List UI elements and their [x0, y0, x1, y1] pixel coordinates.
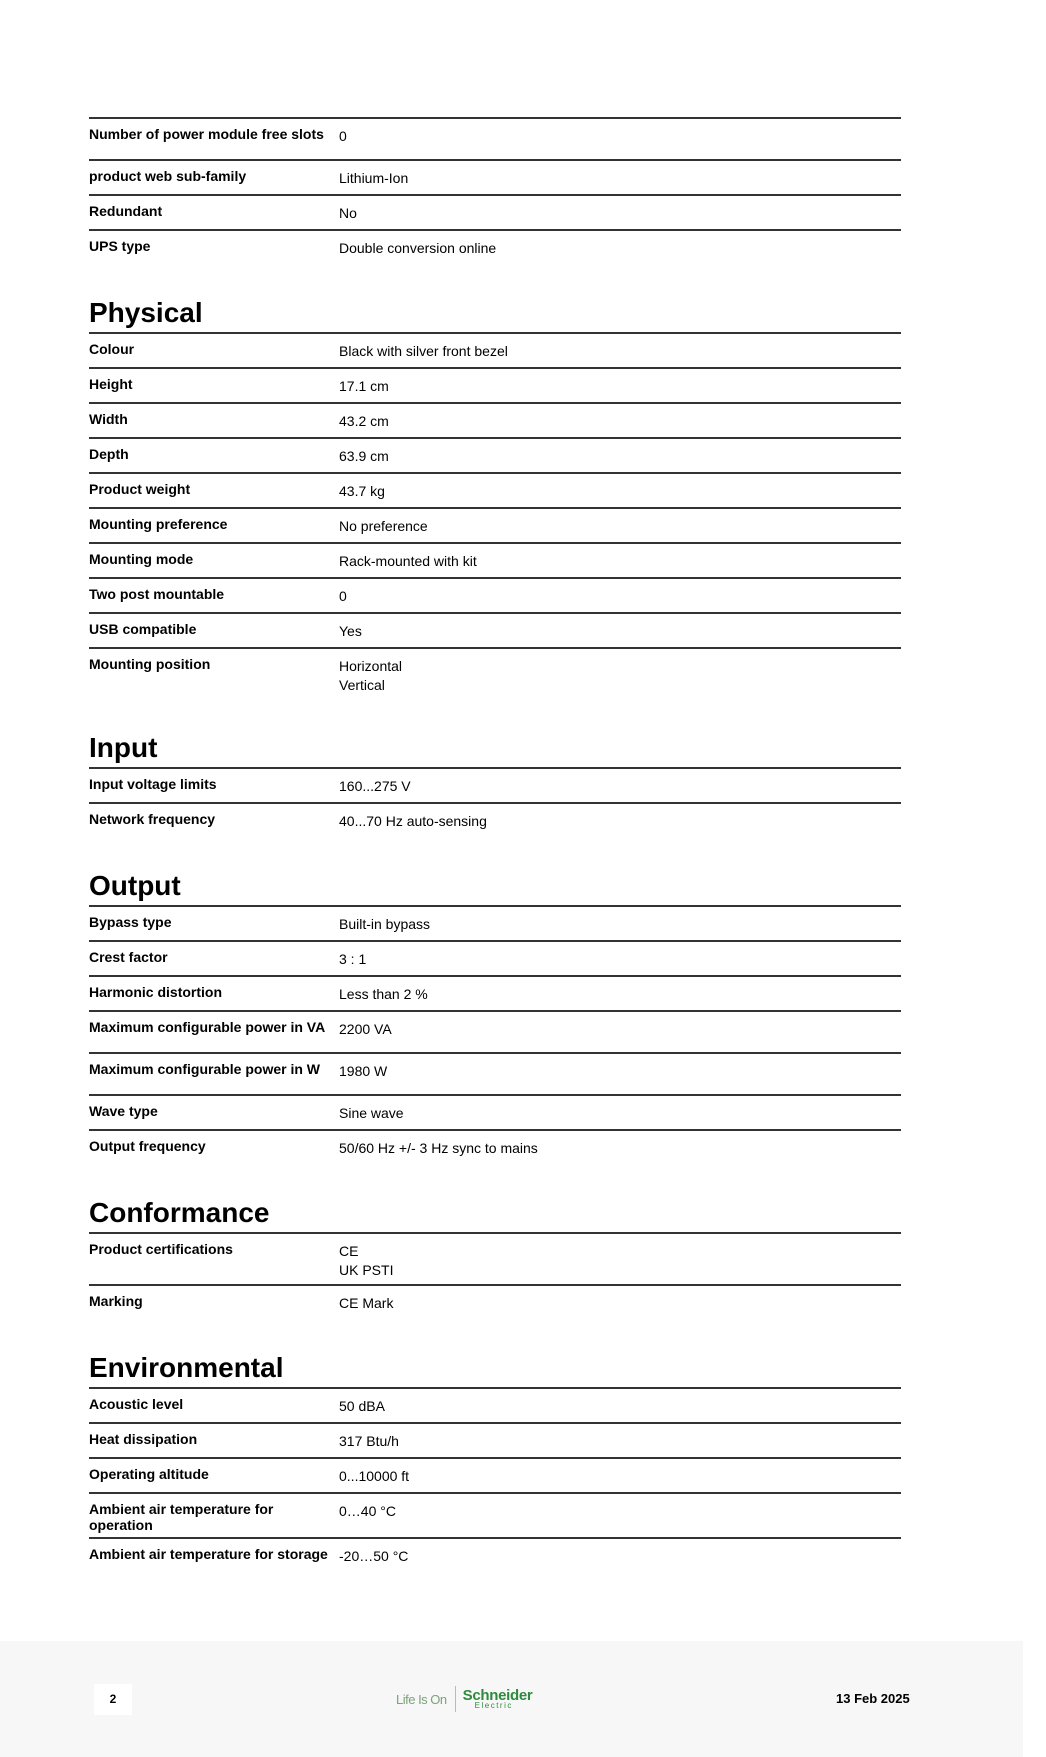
spec-label: Redundant — [89, 196, 339, 229]
document-date: 13 Feb 2025 — [836, 1691, 910, 1706]
spec-value-line: 3 : 1 — [339, 950, 901, 969]
spec-value: 2200 VA — [339, 1012, 901, 1052]
spec-value: 0...10000 ft — [339, 1459, 901, 1492]
spec-value-line: Double conversion online — [339, 239, 901, 258]
spec-label: Height — [89, 369, 339, 402]
spec-value-line: -20…50 °C — [339, 1547, 901, 1566]
spec-value-line: 50 dBA — [339, 1397, 901, 1416]
spec-label: Acoustic level — [89, 1389, 339, 1422]
spec-label: Number of power module free slots — [89, 119, 339, 159]
spec-row: Mounting preferenceNo preference — [89, 507, 901, 542]
spec-row: Maximum configurable power in W1980 W — [89, 1052, 901, 1094]
spec-label: Mounting mode — [89, 544, 339, 577]
spec-row: Bypass typeBuilt-in bypass — [89, 905, 901, 940]
section-environmental: EnvironmentalAcoustic level50 dBAHeat di… — [89, 1352, 901, 1579]
logo-divider — [455, 1686, 456, 1712]
spec-row: UPS typeDouble conversion online — [89, 229, 901, 264]
spec-value: Yes — [339, 614, 901, 647]
spec-label: Heat dissipation — [89, 1424, 339, 1457]
spec-row: Product weight43.7 kg — [89, 472, 901, 507]
spec-value: 317 Btu/h — [339, 1424, 901, 1457]
spec-label: Marking — [89, 1286, 339, 1319]
spec-value: 50/60 Hz +/- 3 Hz sync to mains — [339, 1131, 901, 1164]
spec-row: Operating altitude0...10000 ft — [89, 1457, 901, 1492]
spec-value: Double conversion online — [339, 231, 901, 264]
spec-row: RedundantNo — [89, 194, 901, 229]
spec-value-line: Less than 2 % — [339, 985, 901, 1004]
spec-table: Product certificationsCEUK PSTIMarkingCE… — [89, 1232, 901, 1319]
spec-value-line: 40...70 Hz auto-sensing — [339, 812, 901, 831]
spec-value: HorizontalVertical — [339, 649, 901, 699]
spec-value: Built-in bypass — [339, 907, 901, 940]
spec-label: Colour — [89, 334, 339, 367]
spec-value-line: Lithium-Ion — [339, 169, 901, 188]
section-title: Physical — [89, 297, 901, 329]
spec-value-line: 43.2 cm — [339, 412, 901, 431]
section-title: Input — [89, 732, 901, 764]
spec-value-line: 0...10000 ft — [339, 1467, 901, 1486]
spec-value-line: Horizontal — [339, 657, 901, 676]
spec-value: CE Mark — [339, 1286, 901, 1319]
schneider-logo: Life Is On Schneider Electric — [396, 1681, 532, 1717]
spec-value: 43.7 kg — [339, 474, 901, 507]
section-title: Environmental — [89, 1352, 901, 1384]
spec-value: 17.1 cm — [339, 369, 901, 402]
spec-row: Mounting modeRack-mounted with kit — [89, 542, 901, 577]
spec-sections: PhysicalColourBlack with silver front be… — [89, 297, 901, 1579]
spec-label: Wave type — [89, 1096, 339, 1129]
spec-row: Input voltage limits160...275 V — [89, 767, 901, 802]
spec-row: USB compatibleYes — [89, 612, 901, 647]
spec-value-line: Rack-mounted with kit — [339, 552, 901, 571]
spec-value-line: 50/60 Hz +/- 3 Hz sync to mains — [339, 1139, 901, 1158]
spec-value-line: 63.9 cm — [339, 447, 901, 466]
spec-row: Crest factor3 : 1 — [89, 940, 901, 975]
spec-value: Black with silver front bezel — [339, 334, 901, 367]
spec-value-line: 17.1 cm — [339, 377, 901, 396]
datasheet-content: Number of power module free slots0produc… — [89, 117, 901, 1579]
spec-value-line: Black with silver front bezel — [339, 342, 901, 361]
spec-value: Less than 2 % — [339, 977, 901, 1010]
spec-label: Output frequency — [89, 1131, 339, 1164]
spec-label: Maximum configurable power in VA — [89, 1012, 339, 1052]
spec-row: Height17.1 cm — [89, 367, 901, 402]
spec-row: product web sub-familyLithium-Ion — [89, 159, 901, 194]
spec-value: Lithium-Ion — [339, 161, 901, 194]
spec-value: No — [339, 196, 901, 229]
spec-value: Rack-mounted with kit — [339, 544, 901, 577]
spec-row: Number of power module free slots0 — [89, 117, 901, 159]
spec-label: Depth — [89, 439, 339, 472]
spec-label: Mounting position — [89, 649, 339, 699]
spec-label: Product weight — [89, 474, 339, 507]
spec-value-line: 0 — [339, 127, 901, 146]
spec-value-line: CE — [339, 1242, 901, 1261]
spec-label: product web sub-family — [89, 161, 339, 194]
section-physical: PhysicalColourBlack with silver front be… — [89, 297, 901, 699]
spec-value-line: Vertical — [339, 676, 901, 695]
spec-value: 0 — [339, 119, 901, 159]
section-title: Conformance — [89, 1197, 901, 1229]
spec-table: ColourBlack with silver front bezelHeigh… — [89, 332, 901, 699]
spec-value-line: 1980 W — [339, 1062, 901, 1081]
spec-row: Acoustic level50 dBA — [89, 1387, 901, 1422]
spec-table: Input voltage limits160...275 VNetwork f… — [89, 767, 901, 837]
spec-row: Wave typeSine wave — [89, 1094, 901, 1129]
spec-value-line: UK PSTI — [339, 1261, 901, 1280]
spec-value-line: 317 Btu/h — [339, 1432, 901, 1451]
spec-label: UPS type — [89, 231, 339, 264]
spec-label: Two post mountable — [89, 579, 339, 612]
spec-row: Width43.2 cm — [89, 402, 901, 437]
spec-label: USB compatible — [89, 614, 339, 647]
spec-row: ColourBlack with silver front bezel — [89, 332, 901, 367]
spec-row: Two post mountable0 — [89, 577, 901, 612]
spec-value: 160...275 V — [339, 769, 901, 802]
spec-value-line: 0 — [339, 587, 901, 606]
spec-value-line: No — [339, 204, 901, 223]
spec-value: CEUK PSTI — [339, 1234, 901, 1284]
spec-label: Mounting preference — [89, 509, 339, 542]
spec-value: 43.2 cm — [339, 404, 901, 437]
spec-row: Depth63.9 cm — [89, 437, 901, 472]
spec-row: Mounting positionHorizontalVertical — [89, 647, 901, 699]
spec-label: Operating altitude — [89, 1459, 339, 1492]
spec-value: 40...70 Hz auto-sensing — [339, 804, 901, 837]
spec-value: Sine wave — [339, 1096, 901, 1129]
spec-label: Crest factor — [89, 942, 339, 975]
spec-value: 0 — [339, 579, 901, 612]
spec-table-top: Number of power module free slots0produc… — [89, 117, 901, 264]
spec-value: 63.9 cm — [339, 439, 901, 472]
spec-label: Product certifications — [89, 1234, 339, 1284]
spec-row: Heat dissipation317 Btu/h — [89, 1422, 901, 1457]
spec-row: Network frequency40...70 Hz auto-sensing — [89, 802, 901, 837]
spec-label: Network frequency — [89, 804, 339, 837]
spec-row: Maximum configurable power in VA2200 VA — [89, 1010, 901, 1052]
spec-value: 50 dBA — [339, 1389, 901, 1422]
spec-row: MarkingCE Mark — [89, 1284, 901, 1319]
spec-label: Width — [89, 404, 339, 437]
section-output: OutputBypass typeBuilt-in bypassCrest fa… — [89, 870, 901, 1164]
spec-label: Ambient air temperature for storage — [89, 1539, 339, 1579]
spec-value-line: Sine wave — [339, 1104, 901, 1123]
spec-table: Bypass typeBuilt-in bypassCrest factor3 … — [89, 905, 901, 1164]
spec-row: Output frequency50/60 Hz +/- 3 Hz sync t… — [89, 1129, 901, 1164]
spec-label: Ambient air temperature for operation — [89, 1494, 339, 1537]
spec-table: Acoustic level50 dBAHeat dissipation317 … — [89, 1387, 901, 1579]
spec-value-line: 43.7 kg — [339, 482, 901, 501]
spec-value: 1980 W — [339, 1054, 901, 1094]
section-conformance: ConformanceProduct certificationsCEUK PS… — [89, 1197, 901, 1319]
life-is-on-tagline: Life Is On — [396, 1692, 447, 1707]
spec-value: No preference — [339, 509, 901, 542]
spec-value-line: 0…40 °C — [339, 1502, 901, 1521]
spec-value-line: 160...275 V — [339, 777, 901, 796]
page-number: 2 — [94, 1684, 132, 1715]
spec-row: Harmonic distortionLess than 2 % — [89, 975, 901, 1010]
spec-value-line: 2200 VA — [339, 1020, 901, 1039]
spec-row: Ambient air temperature for operation0…4… — [89, 1492, 901, 1537]
spec-value: 3 : 1 — [339, 942, 901, 975]
spec-label: Maximum configurable power in W — [89, 1054, 339, 1094]
page-footer: 2 Life Is On Schneider Electric 13 Feb 2… — [0, 1641, 1023, 1757]
section-input: InputInput voltage limits160...275 VNetw… — [89, 732, 901, 837]
spec-label: Input voltage limits — [89, 769, 339, 802]
spec-value-line: CE Mark — [339, 1294, 901, 1313]
spec-value: -20…50 °C — [339, 1539, 901, 1579]
spec-row: Product certificationsCEUK PSTI — [89, 1232, 901, 1284]
spec-value-line: Built-in bypass — [339, 915, 901, 934]
spec-row: Ambient air temperature for storage-20…5… — [89, 1537, 901, 1579]
spec-value-line: Yes — [339, 622, 901, 641]
brand-wordmark: Schneider Electric — [463, 1688, 533, 1710]
spec-value: 0…40 °C — [339, 1494, 901, 1537]
spec-value-line: No preference — [339, 517, 901, 536]
brand-sub: Electric — [475, 1702, 533, 1710]
spec-label: Harmonic distortion — [89, 977, 339, 1010]
spec-label: Bypass type — [89, 907, 339, 940]
section-title: Output — [89, 870, 901, 902]
